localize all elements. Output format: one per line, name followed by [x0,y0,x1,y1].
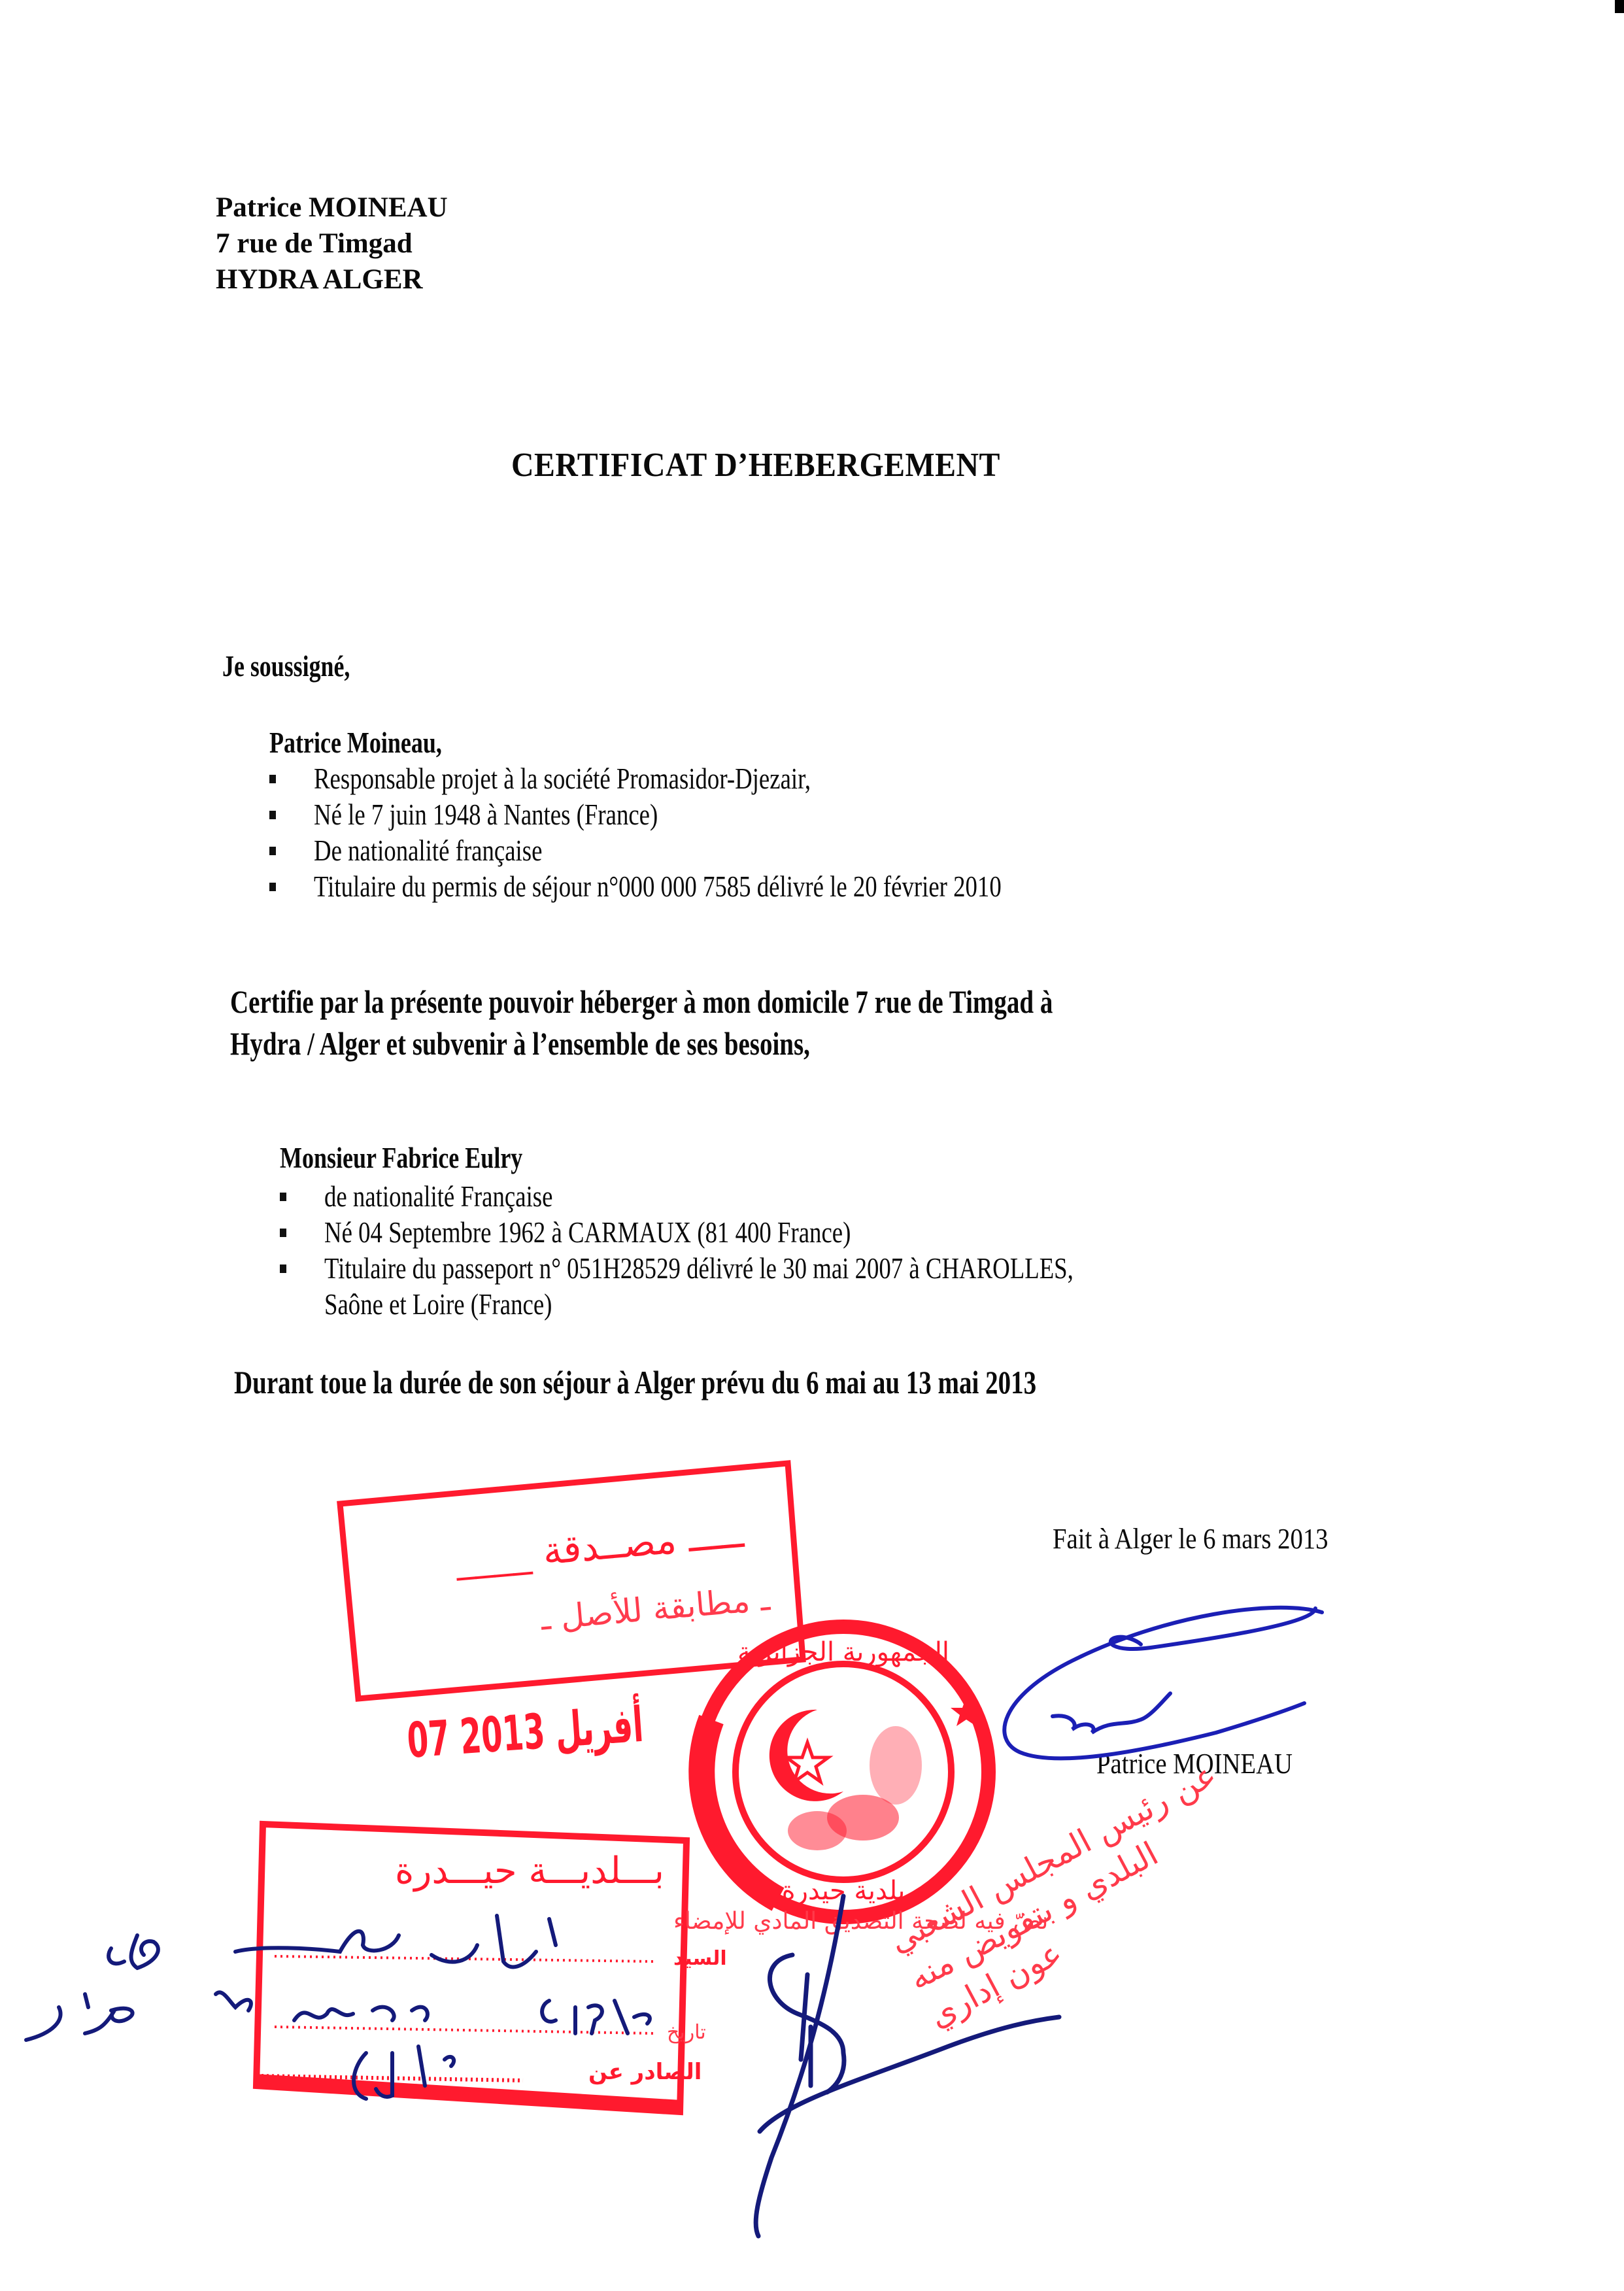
official-seal: الجمهورية الجزائرية بلدية حيدرة [698,1627,989,1917]
stamp-box-line-2: ـ مطابقة للأصل ـ [539,1578,773,1638]
seal-text-top: الجمهورية الجزائرية [737,1637,949,1667]
svg-text:عن رئيس المجلس الشعبي: عن رئيس المجلس الشعبي [883,1756,1223,1960]
label-mr: السيد [673,1947,727,1970]
delegation-text: عن رئيس المجلس الشعبي البلدي و بتفويض من… [883,1756,1262,2036]
legalization-stamp-box: ـــــ مصــدقة ____ ـ مطابقة للأصل ـ [340,1463,803,1699]
label-date: تاريخ [667,2021,706,2044]
stamp-box-line-1: ـــــ مصــدقة ____ [452,1512,746,1581]
stamps-and-signatures: ـــــ مصــدقة ____ ـ مطابقة للأصل ـ الجم… [0,0,1624,2291]
crescent-icon [770,1710,843,1801]
handwritten-annotations [26,1916,650,2099]
municipality-header: بـــلديـــة حيـــدرة [395,1850,664,1892]
label-issued-by: الصادر عن [588,2059,702,2085]
host-signature [1004,1608,1322,1759]
